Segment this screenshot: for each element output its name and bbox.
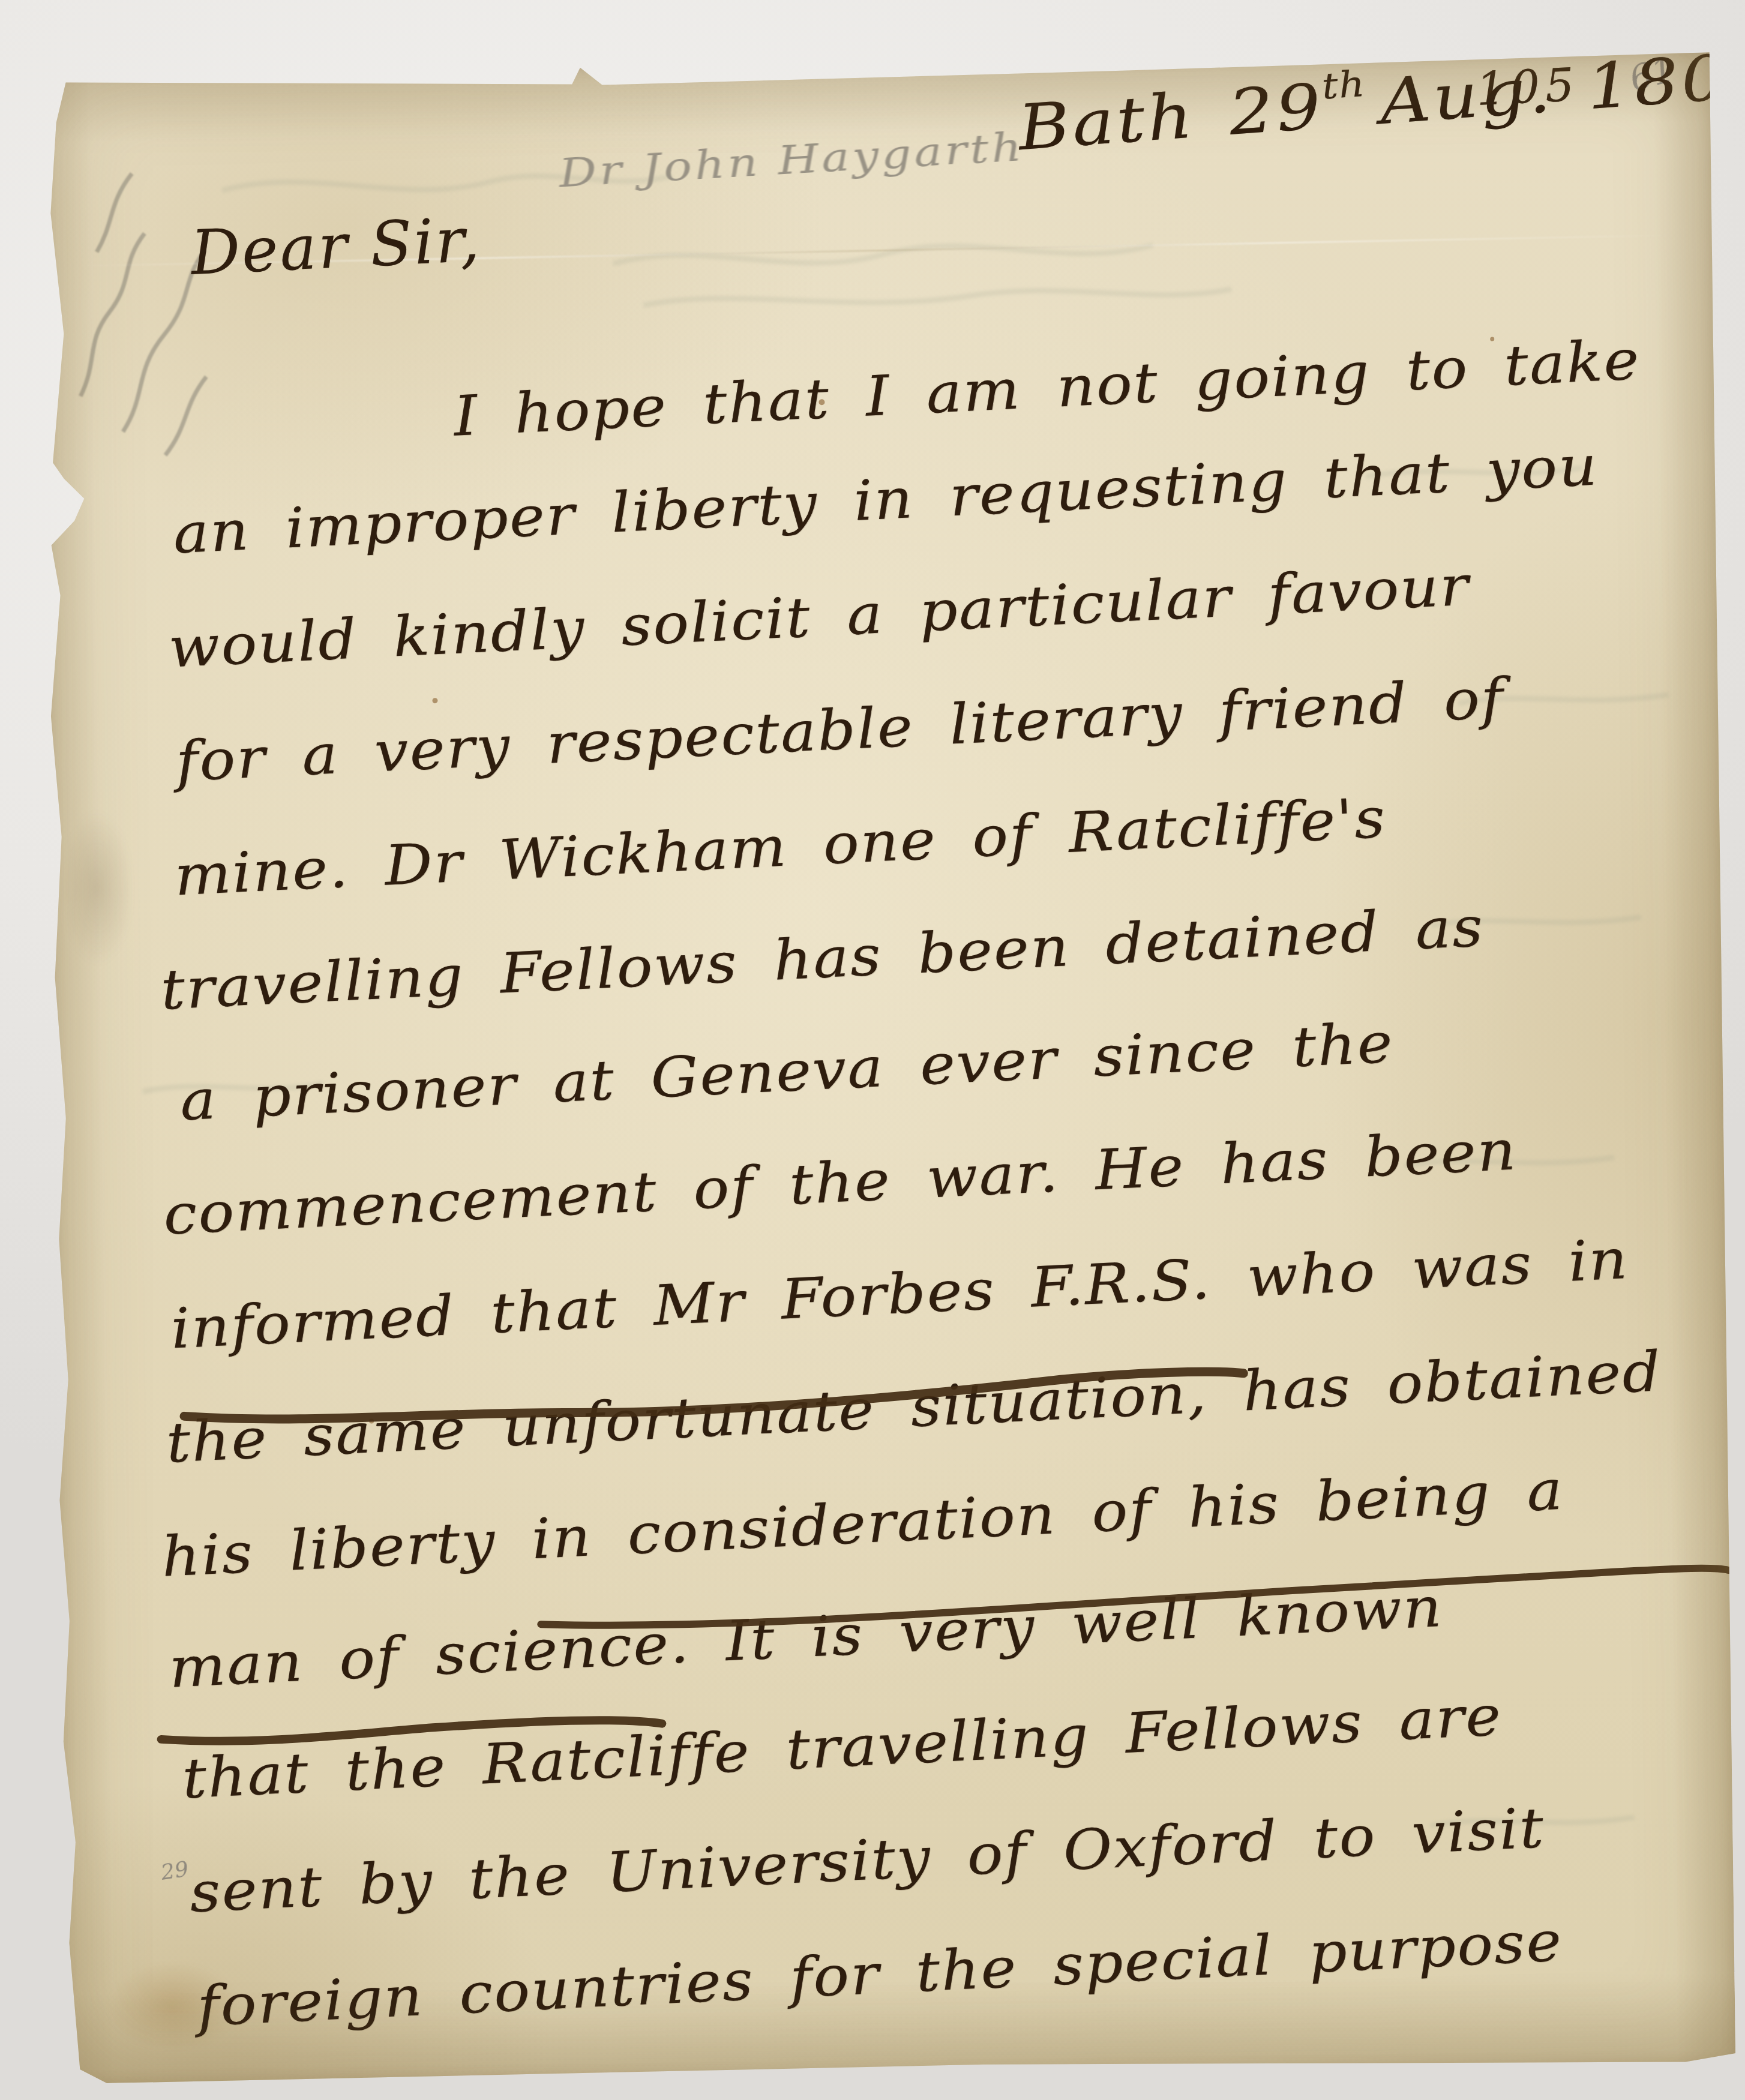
dateline: Bath 29thAug. 1804	[1016, 37, 1745, 159]
dateline-ordinal: th	[1320, 63, 1366, 108]
margin-pencil-number: 29	[160, 1858, 190, 1884]
body-line: that the Ratcliffe travelling Fellows ar…	[181, 1688, 1503, 1807]
body-line: sent by the University of Oxford to visi…	[188, 1801, 1546, 1921]
body-line: mine. Dr Wickham one of Ratcliffe's	[173, 791, 1387, 904]
pencil-scrawl-topleft	[78, 173, 208, 457]
body-line: the same unfortunate situation, has obta…	[165, 1344, 1663, 1471]
body-line: foreign countries for the special purpos…	[196, 1914, 1564, 2035]
body-line: man of science. It is very well known	[168, 1580, 1444, 1696]
body-line: an improper liberty in requesting that y…	[172, 438, 1600, 562]
body-line: travelling Fellows has been detained as	[160, 899, 1485, 1018]
salutation: Dear Sir,	[190, 209, 482, 284]
body-line: informed that Mr Forbes F.R.S. who was i…	[170, 1232, 1630, 1357]
paper-speck	[432, 698, 437, 703]
body-line: I hope that I am not going to take	[452, 332, 1641, 445]
paper-stain	[61, 809, 134, 966]
body-line: his liberty in consideration of his bein…	[160, 1463, 1564, 1585]
body-line: commencement of the war. He has been	[162, 1123, 1518, 1243]
letter-page: 105 61 Dr John Haygarth Bath 29thAug. 18…	[41, 52, 1736, 2084]
body-line: for a very respectable literary friend o…	[175, 671, 1506, 790]
dateline-month-year: Aug. 1804	[1377, 37, 1745, 139]
body-line: would kindly solicit a particular favour	[167, 559, 1471, 676]
pencil-annotation-haygarth: Dr John Haygarth	[558, 127, 1026, 194]
body-line: a prisoner at Geneva ever since the	[179, 1015, 1395, 1129]
dateline-place-day: Bath 29	[1016, 70, 1326, 164]
letter-scan: 105 61 Dr John Haygarth Bath 29thAug. 18…	[0, 0, 1745, 2100]
